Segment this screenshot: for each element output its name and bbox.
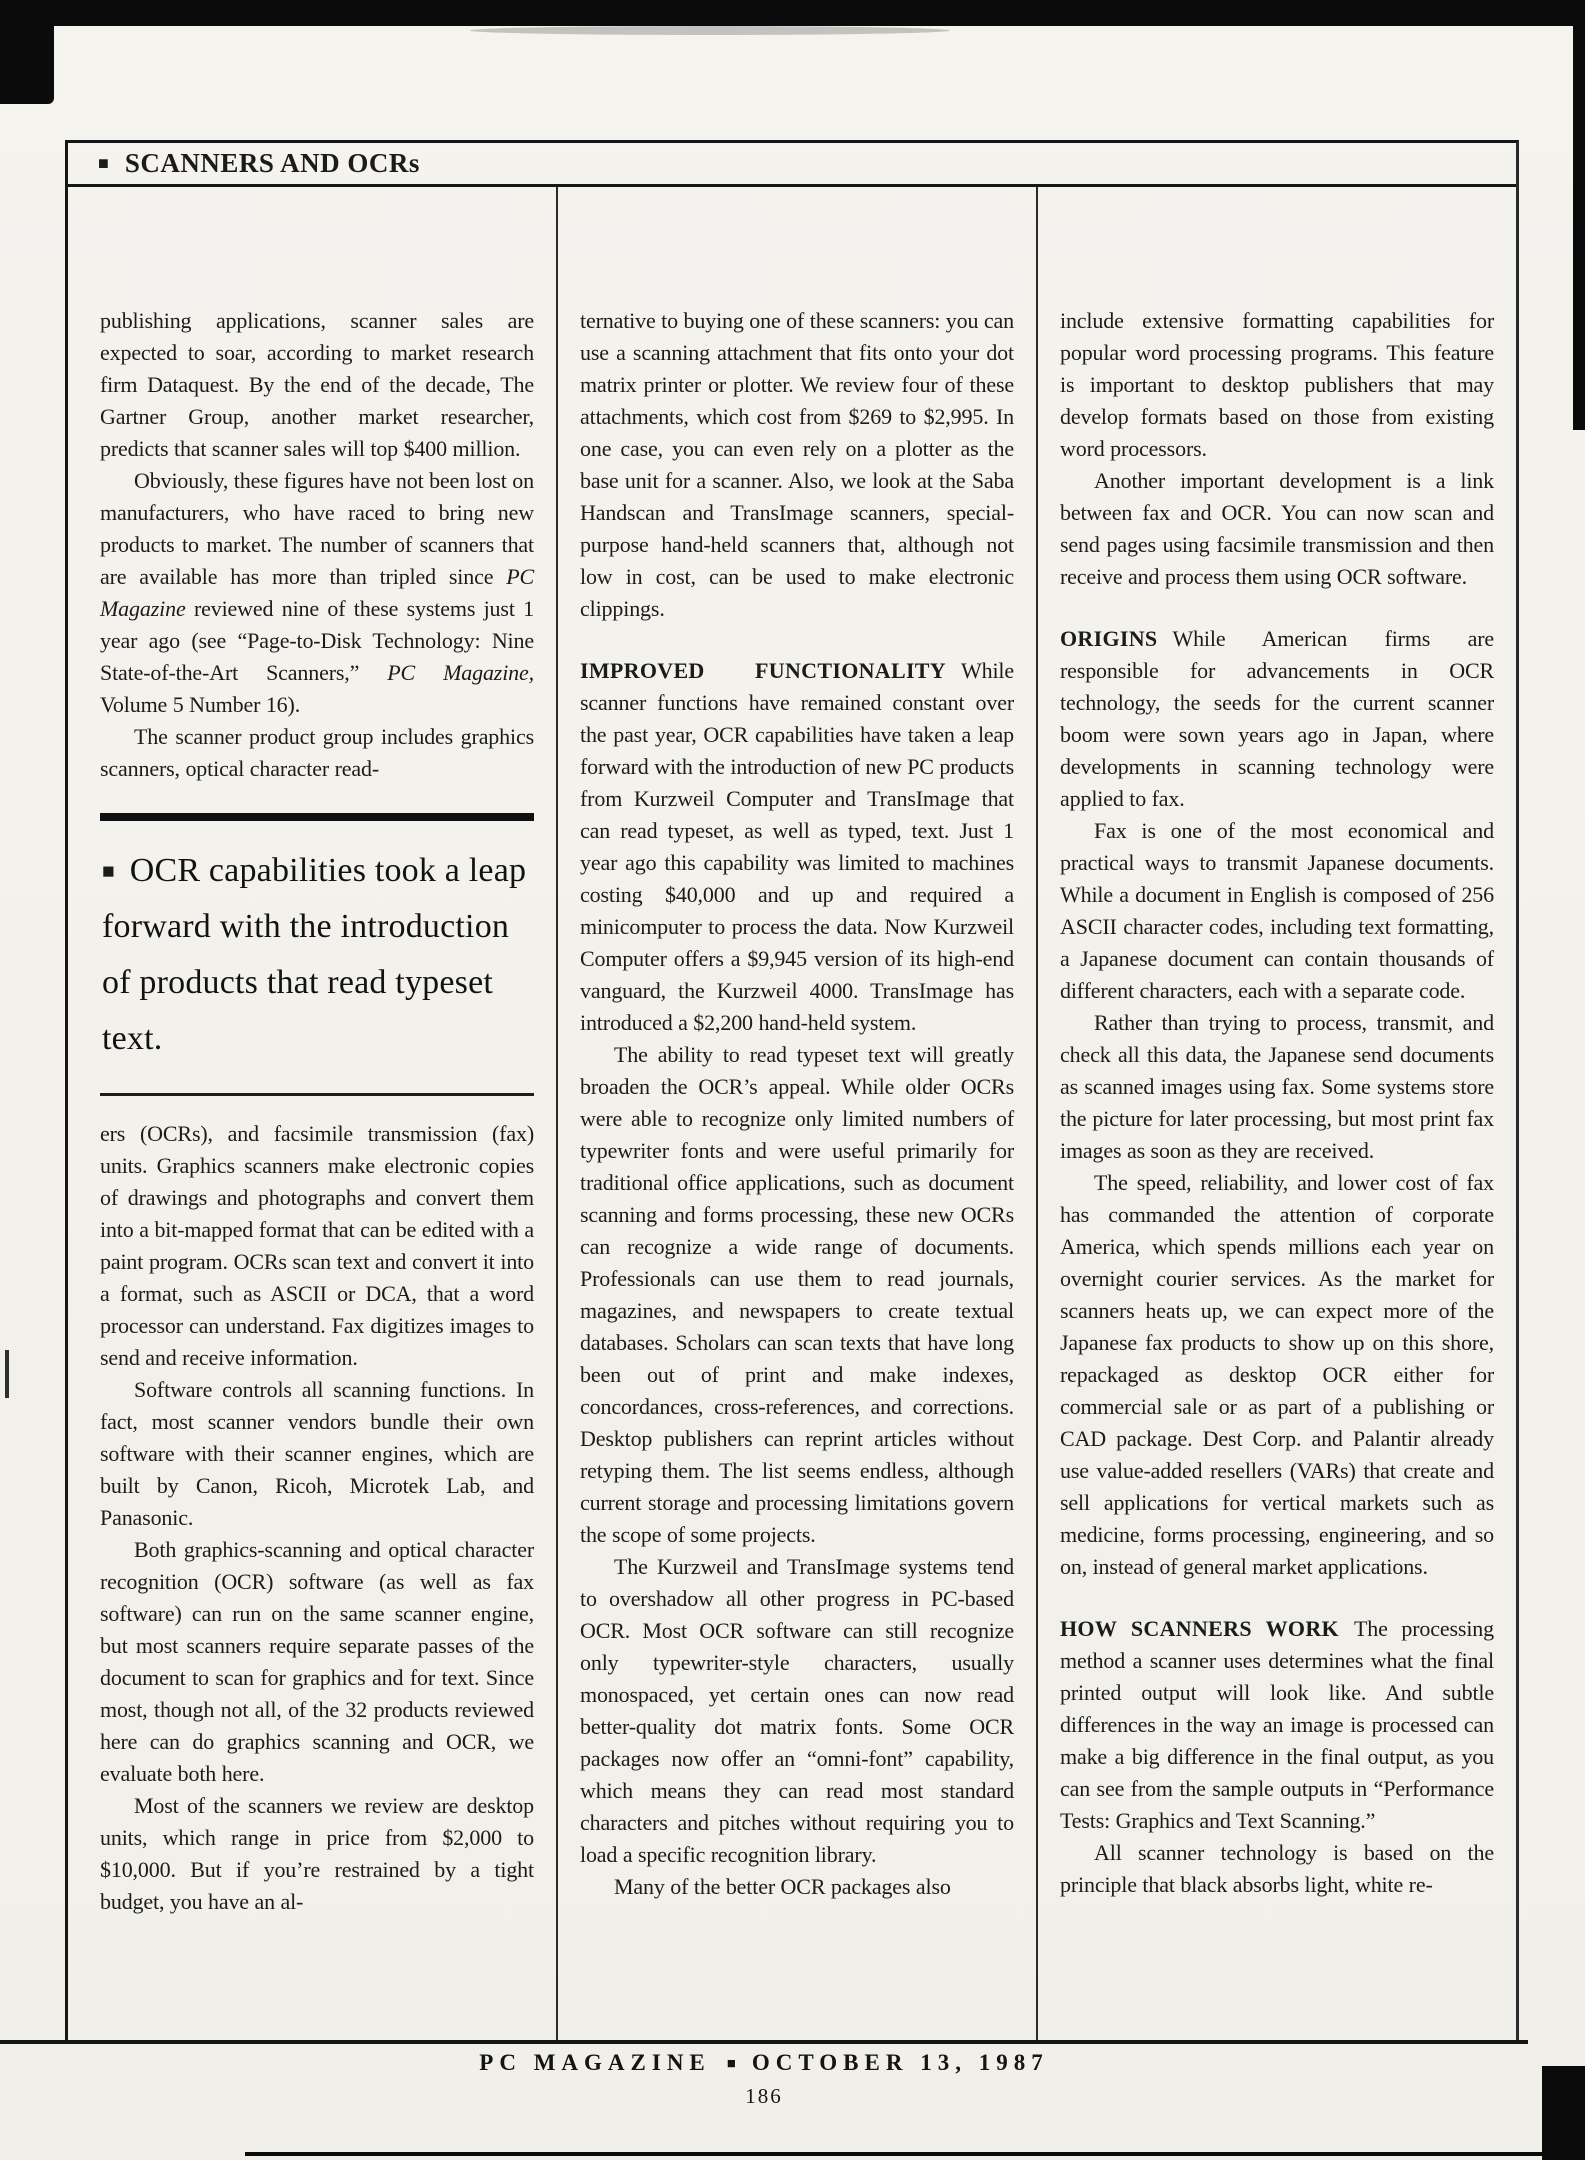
inline-section-heading: IMPROVED FUNCTIONALITY [580, 658, 946, 683]
inline-section-heading: HOW SCANNERS WORK [1060, 1616, 1339, 1641]
article-paragraph: Many of the better OCR packages also [580, 1871, 1014, 1903]
article-paragraph: publishing applications, scanner sales a… [100, 305, 534, 465]
page-footer: PC MAGAZINE■OCTOBER 13, 1987 [0, 2050, 1528, 2076]
magazine-page: ■ SCANNERS AND OCRs publishing applicati… [0, 0, 1585, 2160]
article-paragraph: The ability to read typeset text will gr… [580, 1039, 1014, 1551]
text-run: All scanner technology is based on the p… [1060, 1840, 1494, 1897]
text-run: The speed, reliability, and lower cost o… [1060, 1170, 1494, 1579]
text-run: publishing applications, scanner sales a… [100, 308, 534, 461]
text-run: Volume 5 Number 16). [100, 692, 300, 717]
article-paragraph: Rather than trying to process, transmit,… [1060, 1007, 1494, 1167]
text-run: The Kurzweil and TransImage systems tend… [580, 1554, 1014, 1867]
text-run: ers (OCRs), and facsimile transmission (… [100, 1121, 534, 1370]
page-number: 186 [0, 2084, 1528, 2109]
scan-artifact-smudge [470, 26, 950, 35]
article-paragraph-with-heading: ORIGINSWhile American firms are responsi… [1060, 623, 1494, 815]
article-paragraph: The scanner product group includes graph… [100, 721, 534, 785]
scan-artifact-topleft-blob [0, 0, 54, 104]
inline-section-heading: ORIGINS [1060, 626, 1157, 651]
section-header: ■ SCANNERS AND OCRs [68, 143, 1516, 187]
text-run: The ability to read typeset text will gr… [580, 1042, 1014, 1547]
text-run: Another important development is a link … [1060, 468, 1494, 589]
article-paragraph: Both graphics-scanning and optical chara… [100, 1534, 534, 1790]
text-run: Obviously, these figures have not been l… [100, 468, 534, 589]
text-run: Both graphics-scanning and optical chara… [100, 1537, 534, 1786]
article-column-1: publishing applications, scanner sales a… [68, 187, 556, 2041]
footer-magazine-name: PC MAGAZINE [479, 2050, 710, 2075]
article-paragraph: Obviously, these figures have not been l… [100, 465, 534, 721]
article-frame: ■ SCANNERS AND OCRs publishing applicati… [65, 140, 1519, 2040]
article-column-3: include extensive formatting capabilitie… [1036, 187, 1516, 2041]
article-paragraph: Most of the scanners we review are deskt… [100, 1790, 534, 1918]
scan-artifact-top-bar [0, 0, 1585, 26]
footer-rule [0, 2040, 1528, 2044]
text-run: Software controls all scanning functions… [100, 1377, 534, 1530]
article-paragraph: Fax is one of the most economical and pr… [1060, 815, 1494, 1007]
article-paragraph: Another important development is a link … [1060, 465, 1494, 593]
text-run: PC Magazine, [387, 660, 534, 685]
pull-quote-text: OCR capabilities took a leap forward wit… [102, 852, 526, 1057]
text-run: Most of the scanners we review are deskt… [100, 1793, 534, 1914]
section-title: SCANNERS AND OCRs [125, 148, 420, 179]
article-paragraph: All scanner technology is based on the p… [1060, 1837, 1494, 1901]
article-paragraph: ers (OCRs), and facsimile transmission (… [100, 1118, 534, 1374]
article-paragraph: Software controls all scanning functions… [100, 1374, 534, 1534]
scan-artifact-bottom-line [245, 2152, 1585, 2156]
text-run: The processing method a scanner uses det… [1060, 1616, 1494, 1833]
text-run: The scanner product group includes graph… [100, 724, 534, 781]
article-paragraph: The Kurzweil and TransImage systems tend… [580, 1551, 1014, 1871]
pull-quote: ■OCR capabilities took a leap forward wi… [100, 813, 534, 1096]
text-run: ternative to buying one of these scanner… [580, 308, 1014, 621]
article-paragraph-with-heading: HOW SCANNERS WORKThe processing method a… [1060, 1613, 1494, 1837]
text-run: Fax is one of the most economical and pr… [1060, 818, 1494, 1003]
scan-artifact-left-dash [5, 1350, 9, 1398]
article-paragraph: include extensive formatting capabilitie… [1060, 305, 1494, 465]
article-paragraph: The speed, reliability, and lower cost o… [1060, 1167, 1494, 1583]
text-run: Many of the better OCR packages also [614, 1874, 951, 1899]
footer-bullet-icon: ■ [727, 2056, 736, 2073]
text-run: While scanner functions have remained co… [580, 658, 1014, 1035]
pull-quote-bullet-icon: ■ [102, 859, 115, 884]
text-run: include extensive formatting capabilitie… [1060, 308, 1494, 461]
article-column-2: ternative to buying one of these scanner… [556, 187, 1036, 2041]
article-paragraph: ternative to buying one of these scanner… [580, 305, 1014, 625]
scan-artifact-bottomright-blob [1542, 2066, 1585, 2160]
section-bullet-icon: ■ [98, 154, 109, 172]
article-columns: publishing applications, scanner sales a… [68, 187, 1516, 2041]
scan-artifact-right-strip [1573, 0, 1585, 430]
text-run: While American firms are responsible for… [1060, 626, 1494, 811]
footer-date: OCTOBER 13, 1987 [752, 2050, 1049, 2075]
article-paragraph-with-heading: IMPROVED FUNCTIONALITYWhile scanner func… [580, 655, 1014, 1039]
text-run: Rather than trying to process, transmit,… [1060, 1010, 1494, 1163]
